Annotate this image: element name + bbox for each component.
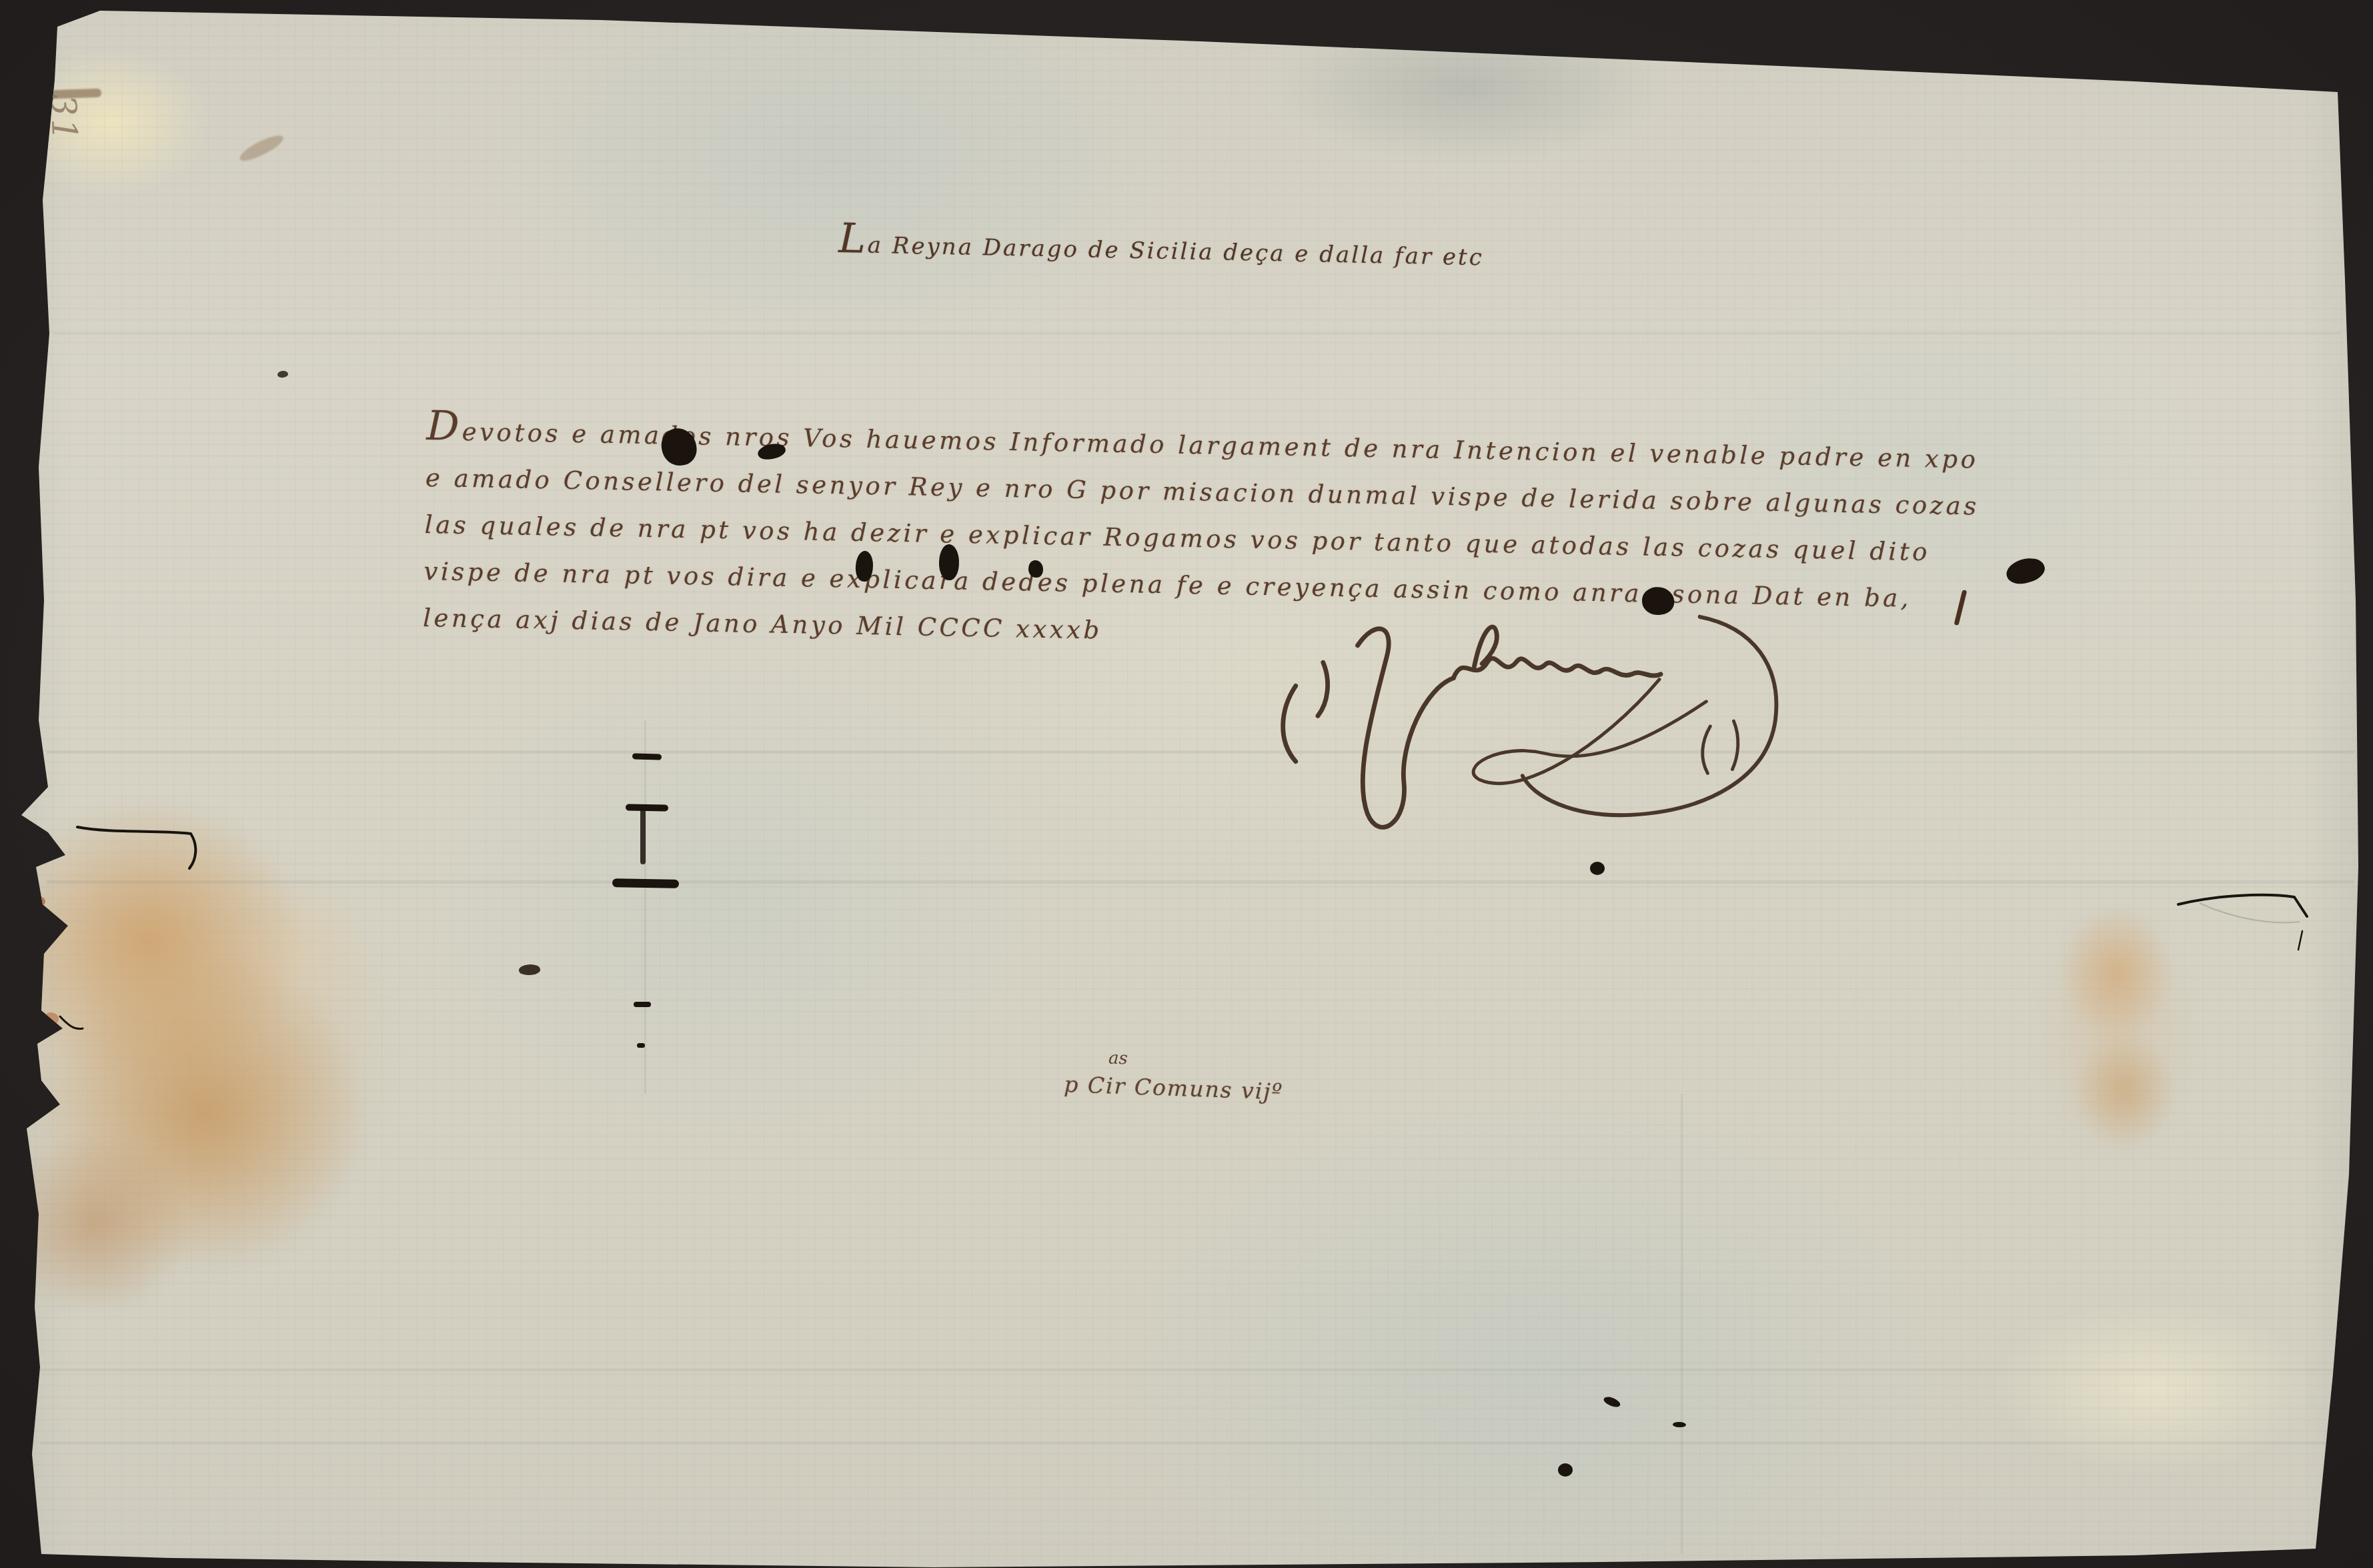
ink-dot [1673,1422,1686,1427]
secretary-note-superscript: as [1108,1048,1128,1069]
photo-backdrop: 31 La Reyna Darago de Sicilia deça e dal… [0,0,2373,1568]
manuscript-leaf: 31 La Reyna Darago de Sicilia deça e dal… [0,0,2373,1568]
ink-dot [1558,1463,1573,1477]
archival-number: 31 [43,93,85,144]
fold-tick [612,878,679,888]
wax-speck [33,896,45,906]
ink-dot [1590,862,1605,875]
royal-signature [1244,582,1791,868]
fold-tick [637,1043,645,1048]
fold-tick [634,1002,651,1007]
wax-speck [44,1012,59,1024]
wax-speck [31,1059,40,1075]
ink-blot [1028,560,1043,578]
fold-tick [626,804,668,811]
fold-tick [632,753,662,760]
fold-tick [640,808,646,864]
